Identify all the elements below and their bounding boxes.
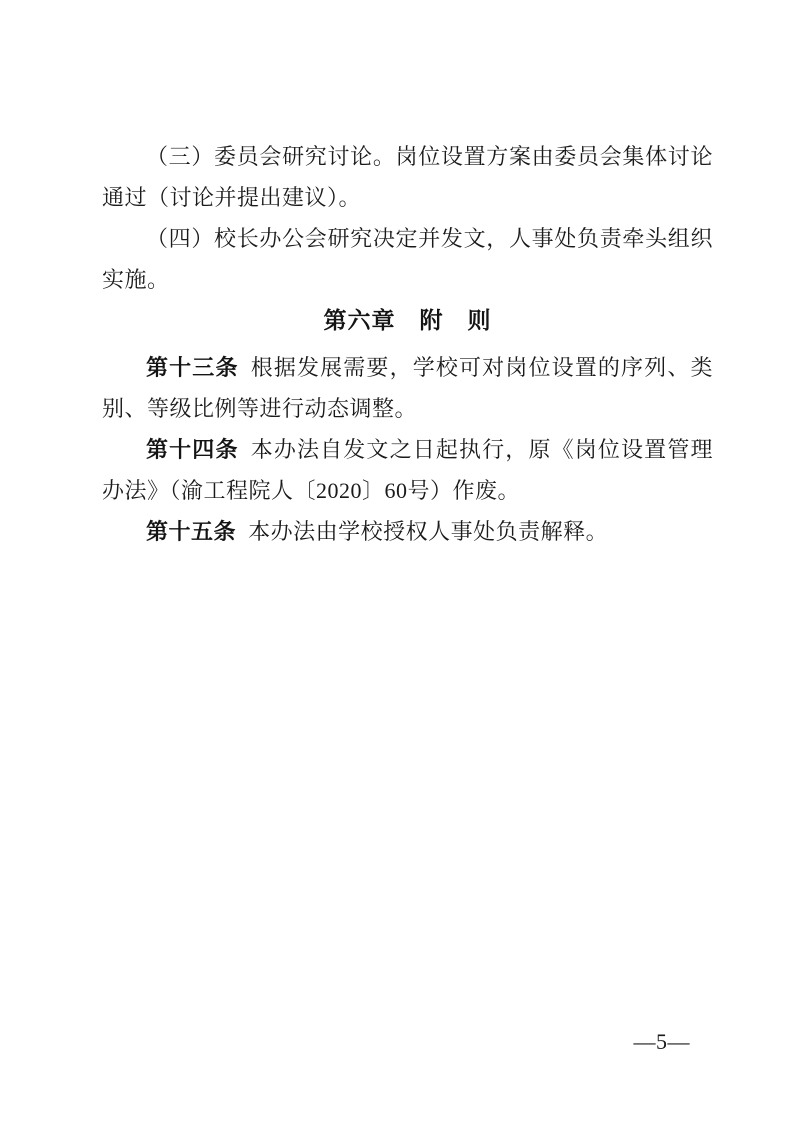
article-15: 第十五条本办法由学校授权人事处负责解释。 xyxy=(102,511,713,552)
clause-paragraph-three: （三）委员会研究讨论。岗位设置方案由委员会集体讨论通过（讨论并提出建议）。 xyxy=(102,136,713,218)
article-15-lead: 第十五条 xyxy=(146,519,236,544)
article-13: 第十三条根据发展需要，学校可对岗位设置的序列、类别、等级比例等进行动态调整。 xyxy=(102,347,713,429)
article-15-text: 本办法由学校授权人事处负责解释。 xyxy=(248,519,608,544)
article-14-lead: 第十四条 xyxy=(146,437,239,462)
page-number: —5— xyxy=(634,1029,691,1055)
document-body: （三）委员会研究讨论。岗位设置方案由委员会集体讨论通过（讨论并提出建议）。 （四… xyxy=(102,136,713,552)
chapter-heading: 第六章 附 则 xyxy=(102,300,713,341)
article-13-lead: 第十三条 xyxy=(146,355,239,380)
article-14: 第十四条本办法自发文之日起执行，原《岗位设置管理办法》（渝工程院人〔2020〕6… xyxy=(102,429,713,511)
document-page: （三）委员会研究讨论。岗位设置方案由委员会集体讨论通过（讨论并提出建议）。 （四… xyxy=(0,0,794,1122)
clause-paragraph-four: （四）校长办公会研究决定并发文，人事处负责牵头组织实施。 xyxy=(102,218,713,300)
